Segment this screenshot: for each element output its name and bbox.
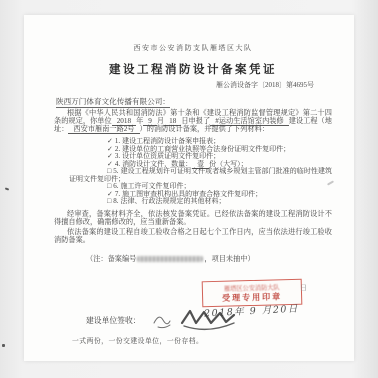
day-unit: 日申报了 <box>181 117 210 125</box>
scanned-document-page: { "colors": { "stamp_red": "#c0392b", "i… <box>0 0 378 378</box>
body-paragraph-2: 经审查，备案材料齐全，依法核发备案凭证。已经依法备案的建设工程消防设计不得擅自修… <box>54 211 332 227</box>
checklist-item-8: □8.法律、行政法规规定的其他材料； <box>69 198 332 206</box>
materials-checklist: ✓1.建设工程消防设计备案申报表； ✓2.建设单位的工商营业执照等合法身份证明文… <box>54 138 332 206</box>
filing-note: （注：备案编号，项目未抽中） <box>86 254 332 264</box>
signature-handwriting <box>148 303 248 337</box>
note-prefix: （注：备案编号 <box>86 255 136 263</box>
filled-address: 西安市雁南一路2号 <box>68 125 139 134</box>
scan-artifact-speck <box>5 187 9 190</box>
addressee-company: 陕西万门体育文化传播有限公司： <box>56 97 170 108</box>
printed-date-character: 日 <box>300 283 307 293</box>
unchecked-box: □ <box>107 197 111 205</box>
document-title: 建设工程消防设计备案凭证 <box>54 61 332 77</box>
filing-number-redacted <box>137 256 203 262</box>
addressee-line: 陕西万门体育文化传播有限公司： <box>56 96 332 107</box>
item-number: 8. <box>113 197 118 205</box>
item-text: 法律、行政法规规定的其他材料； <box>120 197 225 205</box>
para1-text: ）的消防设计备案，并提供了下列材料： <box>140 125 269 133</box>
sign-receipt-label: 建设单位签收： <box>86 315 141 326</box>
note-suffix: ，项目未抽中） <box>204 255 254 263</box>
body-paragraph-1: 根据《中华人民共和国消防法》第十条和《建设工程消防监督管理规定》第二十四条的规定… <box>54 110 332 133</box>
copies-distribution-note: 一式两份，一份交建设单位，一份存档。 <box>72 335 203 345</box>
document-paper: 西安市公安消防支队雁塔区大队 建设工程消防设计备案凭证 雁公消设备字〔2018〕… <box>24 15 354 361</box>
scan-artifact-speck <box>2 344 5 347</box>
body-paragraph-3: 依法备案的建设工程自竣工验收合格之日起七个工作日内，应当依法进行竣工验收消防备案… <box>54 229 332 245</box>
issuing-authority: 西安市公安消防支队雁塔区大队 <box>54 43 332 53</box>
document-number: 雁公消设备字〔2018〕第4695号 <box>54 80 332 90</box>
